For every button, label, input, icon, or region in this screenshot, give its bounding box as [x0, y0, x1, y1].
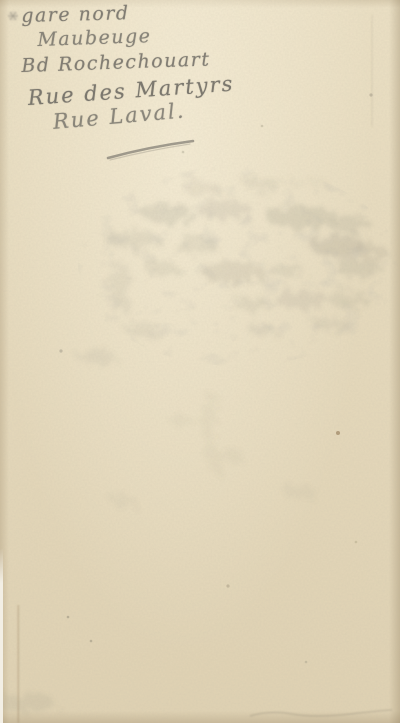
scan-edge-sliver	[0, 548, 3, 723]
handwriting-line-gare-nord: gare nord	[21, 2, 130, 27]
scanned-card-verso: gare nord Maubeuge Bd Rochechouart Rue d…	[0, 0, 400, 723]
handwriting-line-maubeuge: Maubeuge	[37, 25, 152, 51]
